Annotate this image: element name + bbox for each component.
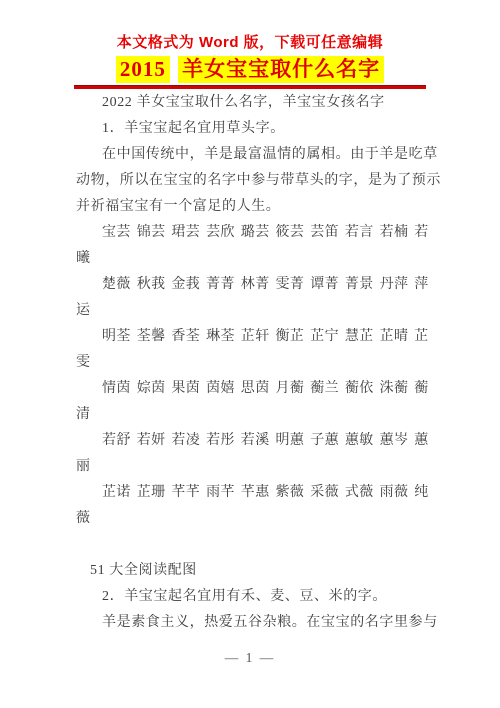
name-row-wrap: 运 [76,298,426,324]
title-highlight-text: 羊女宝宝取什么名字 [178,56,384,83]
name-row-wrap: 清 [76,402,426,428]
name-row: 宝芸 锦芸 珺芸 芸欣 璐芸 筱芸 芸笛 若言 若楠 若 [76,220,426,246]
page-number: — 1 — [0,648,500,668]
name-row-wrap: 雯 [76,350,426,376]
header-notice: 本文格式为 Word 版，下载可任意编辑 [0,34,500,52]
doc-title: 2015 羊女宝宝取什么名字 [0,55,500,83]
name-row: 情茵 婃茵 果茵 茵嬉 思茵 月蘅 蘅兰 蘅依 洙蘅 蘅 [76,376,426,402]
text-line: 51 大全阅读配图 [76,558,426,584]
text-line: 在中国传统中，羊是最富温情的属相。由于羊是吃草 [76,142,426,168]
name-row: 楚薇 秋莪 金莪 菁菁 林菁 雯菁 谭菁 菁景 丹萍 萍 [76,272,426,298]
title-underline [74,85,426,89]
text-line: 羊是素食主义，热爱五谷杂粮。在宝宝的名字里参与 [76,610,426,636]
text-line: 动物，所以在宝宝的名字中参与带草头的字，是为了预示 [76,168,426,194]
name-row: 芷诺 芷珊 芊芊 雨芊 芊惠 紫薇 采薇 式薇 雨薇 纯 [76,480,426,506]
name-row-wrap: 曦 [76,246,426,272]
name-row-wrap: 丽 [76,454,426,480]
name-row-wrap: 薇 [76,506,426,532]
blank-line [76,532,426,558]
document-body: 2022 羊女宝宝取什么名字，羊宝宝女孩名字 1．羊宝宝起名宜用草头字。 在中国… [76,90,426,636]
name-row: 明荃 荃馨 香荃 琳荃 芷轩 衡芷 芷宁 慧芷 芷晴 芷 [76,324,426,350]
text-line: 并祈福宝宝有一个富足的人生。 [76,194,426,220]
text-line: 2．羊宝宝起名宜用有禾、麦、豆、米的字。 [76,584,426,610]
text-line: 2022 羊女宝宝取什么名字，羊宝宝女孩名字 [76,90,426,116]
name-row: 若舒 若妍 若凌 若彤 若溪 明蕙 子蕙 蕙敏 蕙岑 蕙 [76,428,426,454]
title-highlight-year: 2015 [116,56,170,83]
document-page: 本文格式为 Word 版，下载可任意编辑 2015 羊女宝宝取什么名字 2022… [0,0,500,708]
text-line: 1．羊宝宝起名宜用草头字。 [76,116,426,142]
